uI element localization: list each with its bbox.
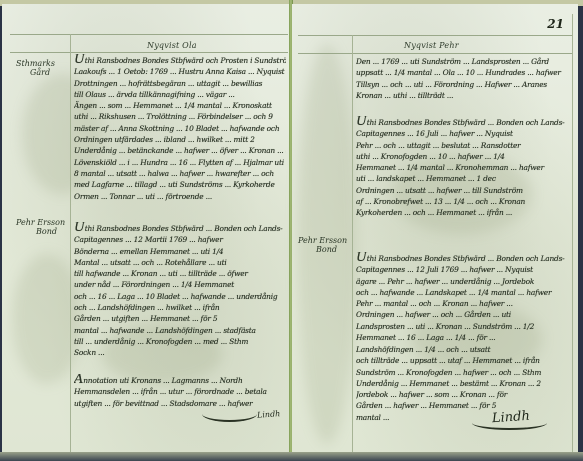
margin-note-line: Pehr Ersson [16,218,65,227]
handwritten-line: Tillsyn ... och ... uti ... Förordning .… [356,79,570,90]
ledger-entry-1: Uthi Ransbodnes Bondes Stbfwärd och Pros… [74,54,286,202]
handwritten-line: Underdånig ... betänckande ... hafwer ..… [74,145,286,156]
handwritten-line: ägare ... Pehr ... hafwer ... underdånig… [356,276,570,287]
handwritten-line: Uthi Ransbodnes Bondes Stbfwärd ... Bond… [356,252,570,264]
handwritten-line: Pehr ... och ... uttagit ... beslutat ..… [356,140,570,151]
handwritten-line: Sockn ... [74,347,286,358]
handwritten-line: till Olaus ... ärvda tillkännagifning ..… [74,89,286,100]
handwritten-line: 8 mantal ... utsatt ... halwa ... hafwer… [74,168,286,179]
handwritten-line: Bönderna ... emellan Hemmanet ... uti 1/… [74,246,286,257]
handwritten-line: mantal ... hafwande ... Landshöfdingen .… [74,325,286,336]
margin-column-rule [70,34,71,454]
handwritten-line: Landsprosten ... uti ... Kronan ... Sund… [356,321,570,332]
paper-stain [12,254,82,384]
handwritten-line: Gården ... utgiften ... Hemmanet ... för… [74,313,286,324]
left-column-header: Nyqvist Ola [147,41,197,50]
handwritten-line: Annotation uti Kronans ... Lagmanns ... … [74,374,286,386]
handwritten-line: Laakoufs ... 1 Oetob: 1769 ... Hustru An… [74,66,286,77]
margin-note-line: Pehr Ersson [298,236,347,245]
handwritten-line: till ... underdånig ... Kronofogden ... … [74,336,286,347]
handwritten-line: Mantal ... utsatt ... och ... Rotehållar… [74,257,286,268]
handwritten-line: af ... Kronobrefwet ... 13 ... 1/4 ... o… [356,196,570,207]
header-rule-top [10,34,288,35]
book-bottom-edge [0,452,583,461]
margin-note-3: Pehr Ersson Bond [298,236,347,254]
right-column-header: Nyqvist Pehr [404,41,459,50]
handwritten-line: och ... hafwande ... Landskapet ... 1/4 … [356,287,570,298]
handwritten-line: Hemmanet ... 16 ... Laga ... 1/4 ... för… [356,332,570,343]
handwritten-line: Uthi Ransbodnes Bondes Stbfwärd ... Bond… [356,116,570,128]
manuscript-spread: Nyqvist Ola Sthmarks Gård Pehr Ersson Bo… [0,0,583,461]
handwritten-line: Landshöfdingen ... 1/4 ... och ... utsat… [356,344,570,355]
page-edge-rule [572,14,573,454]
handwritten-line: Sundström ... Kronofogden ... hafwer ...… [356,367,570,378]
handwritten-line: Ordningen utfärdades ... ibland ... hwil… [74,134,286,145]
handwritten-line: mäster af ... Anna Skottning ... 10 Blad… [74,123,286,134]
handwritten-line: Kyrkoherden ... och ... Hemmanet ... ifr… [356,207,570,218]
handwritten-line: uthi ... Rikshusen ... Trolöttning ... F… [74,111,286,122]
handwritten-line: Pehr ... mantal ... och ... Kronan ... h… [356,298,570,309]
handwritten-line: Capitagennes ... 16 Juli ... hafwer ... … [356,128,570,139]
ledger-entry-1: Den ... 1769 ... uti Sundström ... Lands… [356,56,570,101]
margin-note-line: Bond [298,245,347,254]
handwritten-line: Kronan ... uthi ... tillträdt ... [356,90,570,101]
handwritten-line: Ormen ... Tonnar ... uti ... förtroende … [74,191,286,202]
handwritten-line: Hemmanet ... 1/4 mantal ... Kronohemman … [356,162,570,173]
handwritten-line: under nåd ... Förordningen ... 1/4 Hemma… [74,279,286,290]
margin-note-1: Sthmarks Gård [16,59,55,77]
page-number: 21 [547,17,564,31]
handwritten-line: och tillträde ... uppsatt ... utaf ... H… [356,355,570,366]
ledger-entry-4: Landshöfdingen ... 1/4 ... och ... utsat… [356,344,570,423]
margin-column-rule [352,35,353,453]
signature: Lindh [492,409,531,427]
closing-mark: Lindh [257,409,281,420]
handwritten-line: till hafwande ... Kronan ... uti ... til… [74,268,286,279]
handwritten-line: Drottningen ... hofrättsbegäran ... utta… [74,78,286,89]
margin-note-line: Gård [16,68,55,77]
handwritten-line: Ordningen ... utsatt ... hafwer ... till… [356,185,570,196]
handwritten-line: Lövenskiöld ... i ... Hundra ... 16 ... … [74,157,286,168]
handwritten-line: Uthi Ransbodnes Bondes Stbfwärd och Pros… [74,54,286,66]
handwritten-line: och ... Landshöfdingen ... hwilket ... i… [74,302,286,313]
header-rule-bottom [298,53,572,54]
handwritten-line: uppsatt ... 1/4 mantal ... Ola ... 10 ..… [356,67,570,78]
margin-note-line: Sthmarks [16,59,55,68]
right-page: 21 Nyqvist Pehr Pehr Ersson Bond Den ...… [292,4,578,454]
handwritten-line: och ... 16 ... Laga ... 10 Bladet ... ha… [74,291,286,302]
handwritten-line: uti ... landskapet ... Hemmanet ... 1 de… [356,173,570,184]
annotation-entry: Annotation uti Kronans ... Lagmanns ... … [74,374,286,409]
handwritten-line: med Lagfarne ... tillagd ... uti Sundstr… [74,179,286,190]
ledger-entry-3: Uthi Ransbodnes Bondes Stbfwärd ... Bond… [356,252,570,343]
handwritten-line: uthi ... Kronofogden ... 10 ... hafwer .… [356,151,570,162]
handwritten-line: Den ... 1769 ... uti Sundström ... Lands… [356,56,570,67]
handwritten-line: Capitagennes ... 12 Juli 1769 ... hafwer… [356,264,570,275]
header-rule-bottom [10,52,288,53]
handwritten-line: Capitagennes ... 12 Martii 1769 ... hafw… [74,234,286,245]
handwritten-line: Ängen ... som ... Hemmanet ... 1/4 manta… [74,100,286,111]
handwritten-line: Uthi Ransbodnes Bondes Stbfwärd ... Bond… [74,222,286,234]
handwritten-line: Underdånig ... Hemmanet ... bestämt ... … [356,378,570,389]
handwritten-line: Hemmansdelen ... ifrån ... utur ... föro… [74,386,286,397]
ink-flourish [202,406,257,422]
handwritten-line: Ordningen ... hafwer ... och ... Gården … [356,309,570,320]
ledger-entry-2: Uthi Ransbodnes Bondes Stbfwärd ... Bond… [74,222,286,359]
header-rule-top [298,35,572,36]
margin-note-line: Bond [16,227,65,236]
handwritten-line: Gården ... hafwer ... Hemmanet ... för 5 [356,400,570,411]
ledger-entry-2: Uthi Ransbodnes Bondes Stbfwärd ... Bond… [356,116,570,219]
left-page: Nyqvist Ola Sthmarks Gård Pehr Ersson Bo… [2,4,291,454]
margin-note-2: Pehr Ersson Bond [16,218,65,236]
handwritten-line: Jordebok ... hafwer ... som ... Kronan .… [356,389,570,400]
